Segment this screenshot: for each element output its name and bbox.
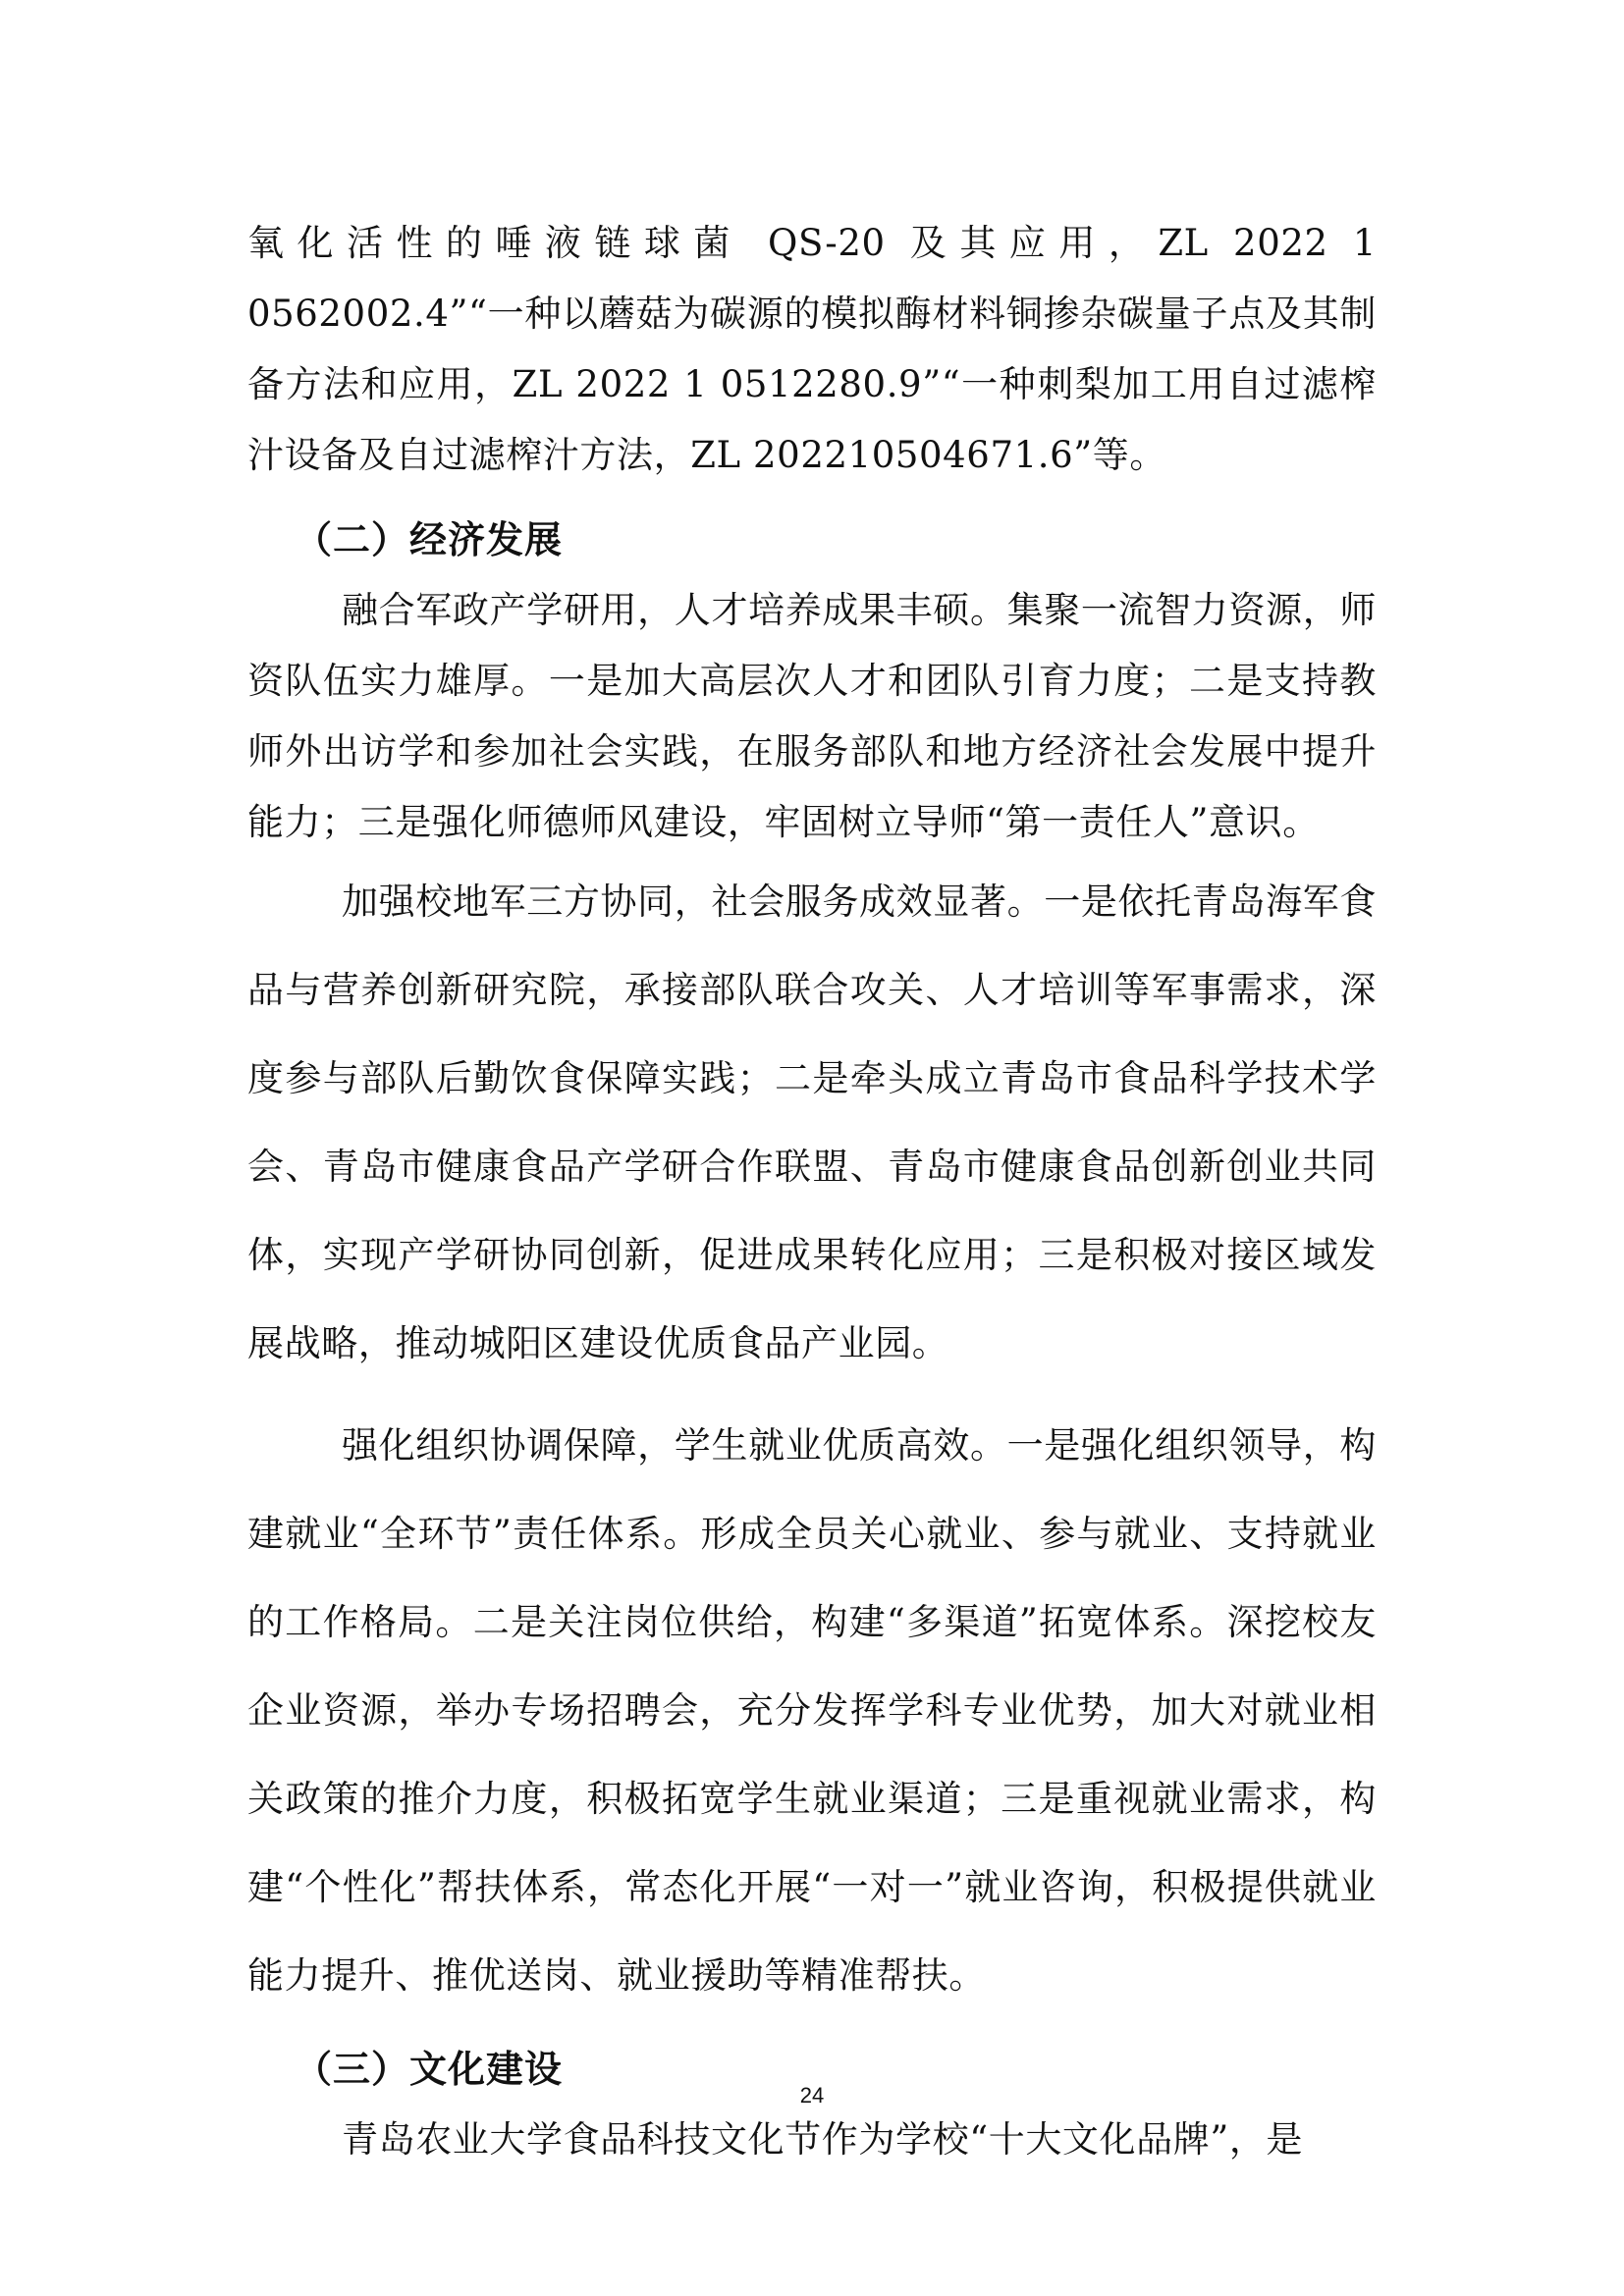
section-heading-economic-development: （二）经济发展 [247,505,1377,575]
document-page: 氧化活性的唾液链球菌 QS-20 及其应用，ZL 2022 1 0562002.… [247,208,1377,2175]
spacer [247,2020,1377,2034]
paragraph-employment: 强化组织协调保障，学生就业优质高效。一是强化组织领导，构建就业“全环节”责任体系… [247,1402,1377,2020]
spacer [247,1388,1377,1402]
paragraph-talent-cultivation: 融合军政产学研用，人才培养成果丰硕。集聚一流智力资源，师资队伍实力雄厚。一是加大… [247,575,1377,858]
paragraph-social-service: 加强校地军三方协同，社会服务成效显著。一是依托青岛海军食品与营养创新研究院，承接… [247,858,1377,1388]
paragraph-culture-festival: 青岛农业大学食品科技文化节作为学校“十大文化品牌”，是 [247,2105,1377,2175]
page-number: 24 [0,2083,1624,2109]
spacer [247,491,1377,505]
intro-paragraph: 氧化活性的唾液链球菌 QS-20 及其应用，ZL 2022 1 0562002.… [247,208,1377,491]
